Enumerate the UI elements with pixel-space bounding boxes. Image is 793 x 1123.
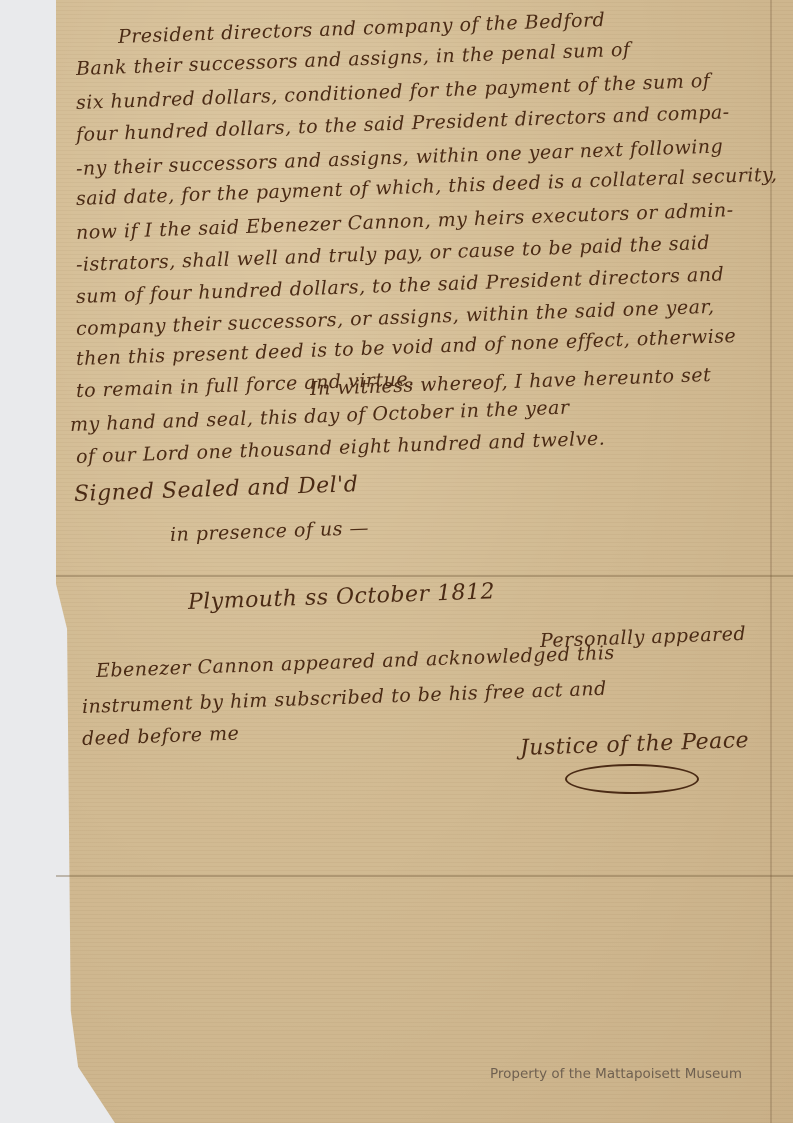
watermark: Property of the Mattapoisett Museum xyxy=(490,1066,742,1082)
signature-flourish xyxy=(565,764,699,794)
fold-line xyxy=(56,575,793,577)
fold-line xyxy=(56,875,793,877)
